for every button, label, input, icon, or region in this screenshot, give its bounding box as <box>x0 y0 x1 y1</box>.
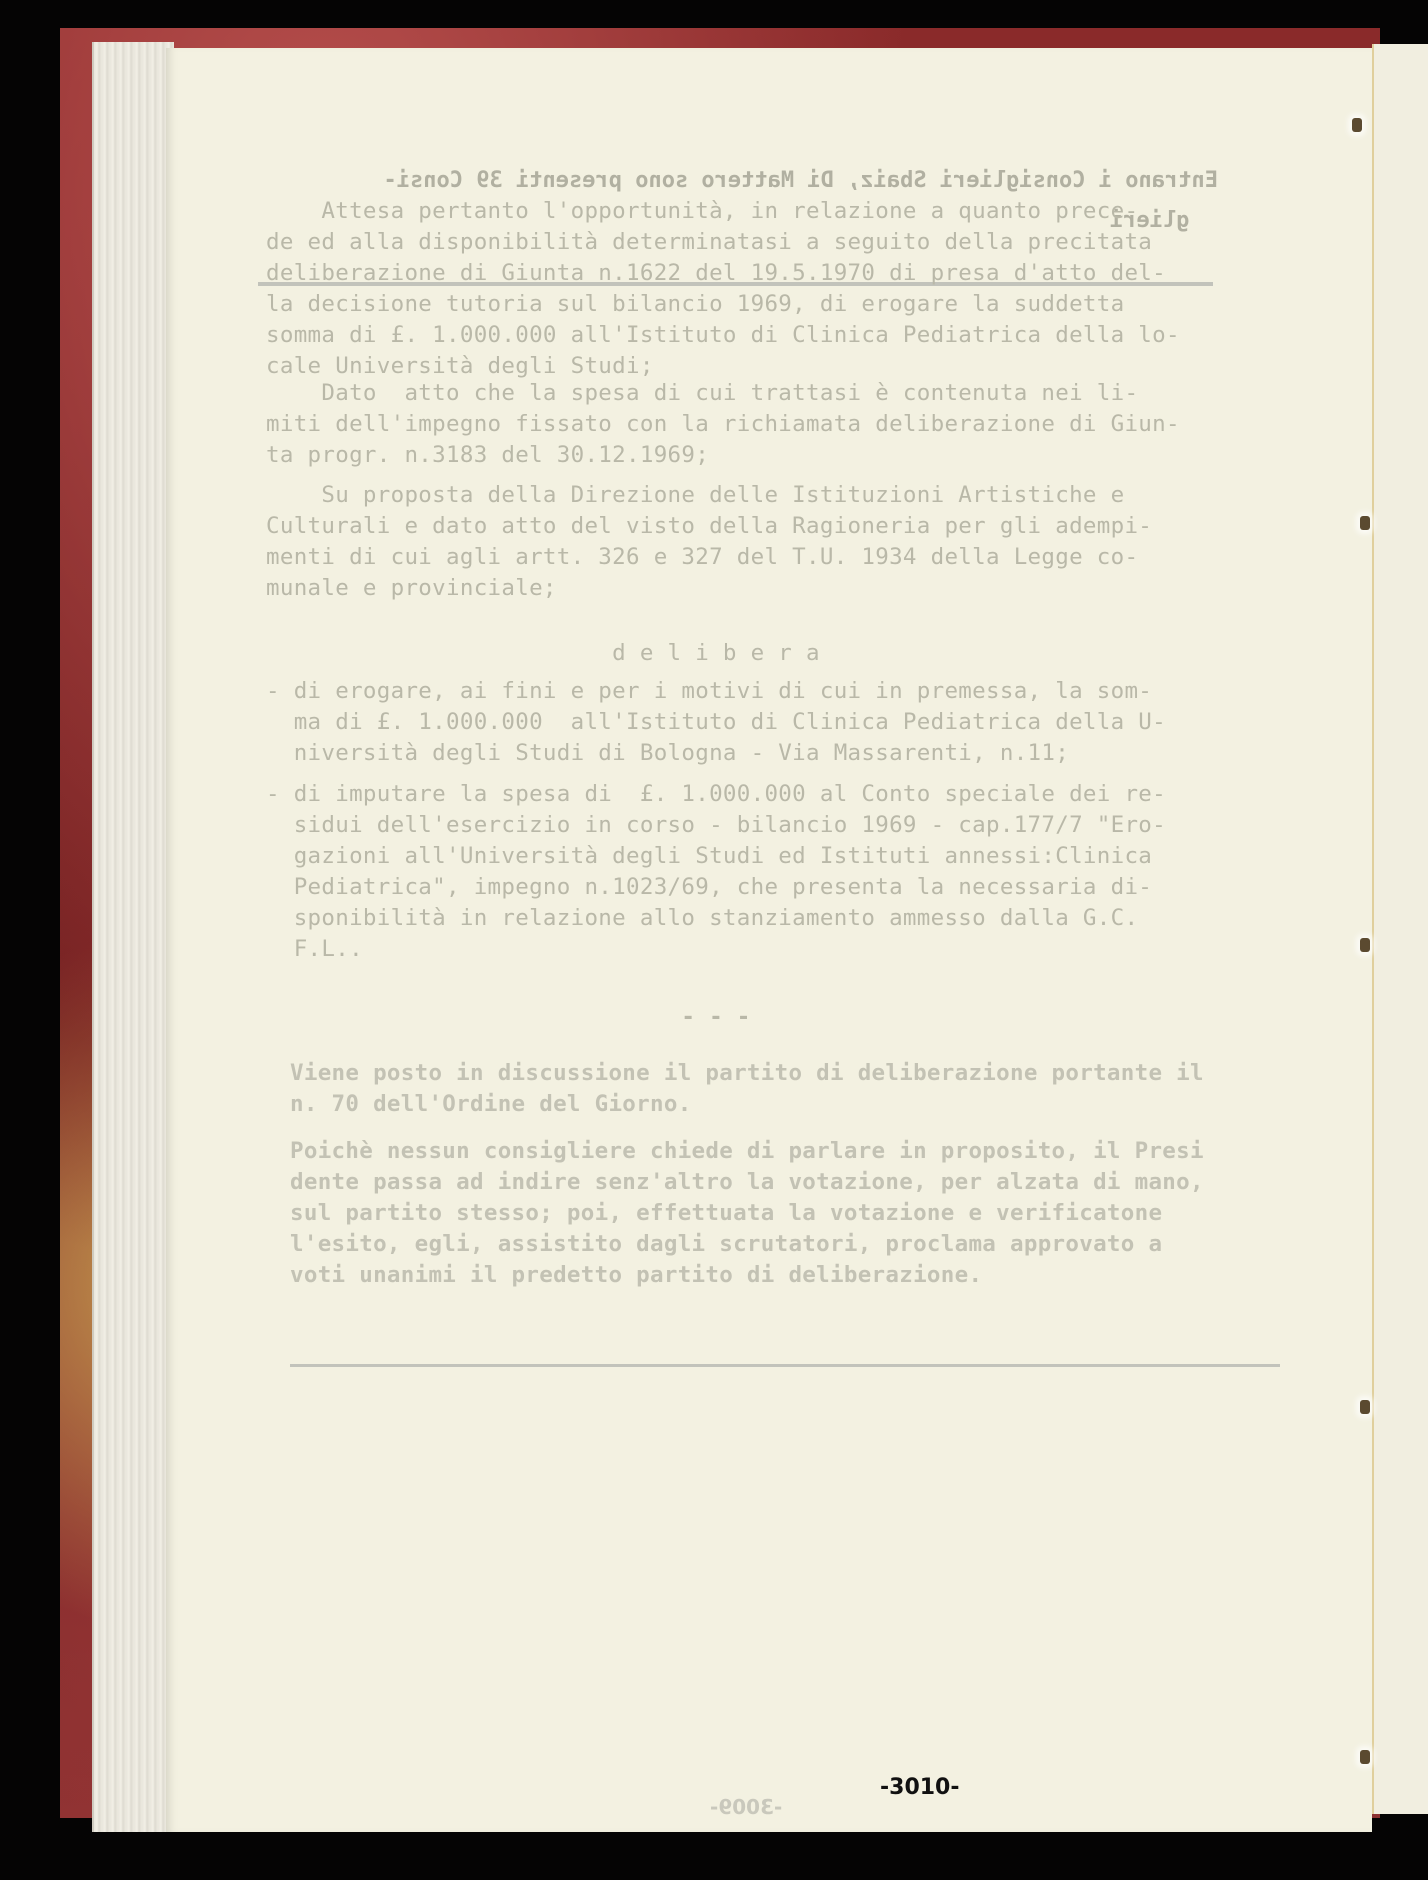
staple-icon <box>1352 118 1362 132</box>
separator: - - - <box>266 1002 1166 1033</box>
resolution-item: - di erogare, ai fini e per i motivi di … <box>266 676 1256 769</box>
page-stack-edges <box>92 42 174 1832</box>
paragraph-su-proposta: Su proposta della Direzione delle Istitu… <box>266 480 1256 604</box>
staple-icon <box>1360 516 1370 530</box>
paragraph-dato-atto: Dato atto che la spesa di cui trattasi è… <box>266 378 1256 471</box>
closing-rule <box>290 1364 1280 1367</box>
discussion-paragraph: Viene posto in discussione il partito di… <box>290 1058 1280 1120</box>
page-number: -3010- <box>880 1775 960 1800</box>
vote-paragraph: Poichè nessun consigliere chiede di parl… <box>290 1136 1280 1291</box>
bleed-through-page-number: -3009- <box>710 1795 782 1819</box>
staple-icon <box>1360 1400 1370 1414</box>
bleed-through-header: Entrano i Consiglieri Sbaiz, Di Mattero … <box>258 168 1218 193</box>
next-page-edge <box>1372 44 1428 1814</box>
staple-icon <box>1360 1750 1370 1764</box>
paragraph-attesa: Attesa pertanto l'opportunità, in relazi… <box>266 196 1256 382</box>
delibera-heading: d e l i b e r a <box>266 638 1166 669</box>
staple-icon <box>1360 938 1370 952</box>
resolution-item: - di imputare la spesa di £. 1.000.000 a… <box>266 779 1256 965</box>
